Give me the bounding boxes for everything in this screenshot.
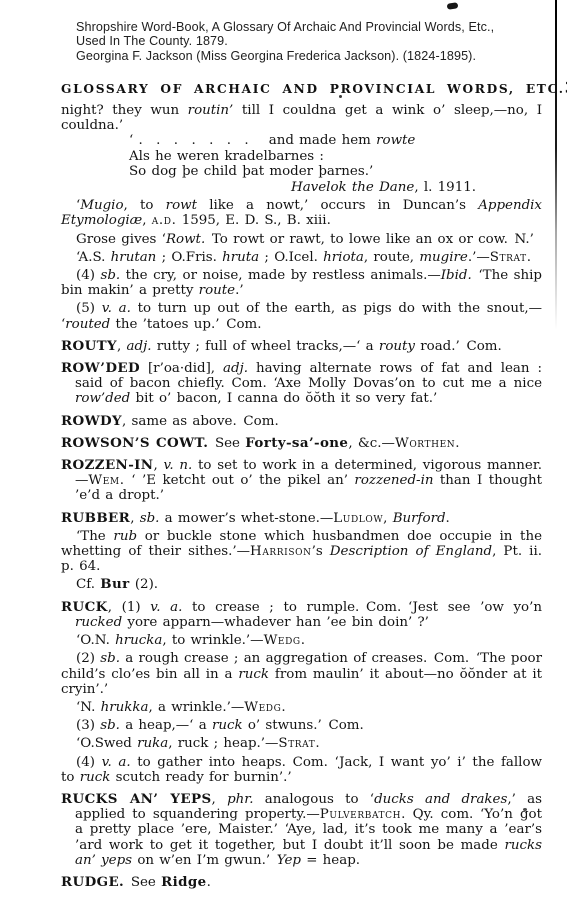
entry-rubber: RUBBER, sb. a mower’s whet-stone.—Ludlow…: [61, 511, 542, 526]
smallcaps-text: Wedg.: [244, 700, 286, 715]
scan-artifact-page-edge-line: [555, 0, 557, 330]
sub-paragraph: ‘Mugio, to rowt like a nowt,’ occurs in …: [61, 198, 542, 228]
plain-text: to crease ; to rumple. Com. ‘Jest see ’o…: [182, 600, 542, 615]
italic-text: rub: [113, 529, 137, 544]
italic-text: sb.: [100, 718, 120, 733]
italic-text: ducks and drakes: [374, 792, 507, 807]
plain-text: = heap.: [301, 853, 360, 868]
entry-rucks-an-yeps: RUCKS AN’ YEPS, phr. analogous to ‘ducks…: [61, 792, 542, 868]
verse-line: ‘ . . . . . . . and made hem rowte: [129, 133, 542, 148]
plain-text: ,: [383, 511, 393, 526]
page-body: night? they wun routin’ till I couldna g…: [61, 103, 542, 890]
plain-text: ‘ . . . . . . . and made hem: [129, 133, 376, 148]
plain-text: scutch ready for burnin’.’: [110, 770, 291, 785]
italic-text: adj.: [223, 361, 248, 376]
plain-text: , to wrinkle.’—: [162, 633, 263, 648]
plain-text: a mower’s whet-stone.—: [159, 511, 333, 526]
plain-text: , to: [124, 198, 166, 213]
entry-rudge: RUDGE. See Ridge.: [61, 875, 542, 890]
plain-text: ,: [142, 213, 152, 228]
smallcaps-text: Ludlow: [333, 511, 383, 526]
italic-text: rowt: [166, 198, 197, 213]
bold-text: Bur: [100, 576, 129, 592]
plain-text: , ruck ; heap.’—: [168, 736, 278, 751]
entry-ruck: RUCK, (1) v. a. to crease ; to rumple. C…: [61, 600, 542, 630]
sub-paragraph: (5) v. a. to turn up out of the earth, a…: [61, 301, 542, 331]
smallcaps-text: Wedg.: [264, 633, 306, 648]
sub-paragraph: ‘A.S. hrutan ; O.Fris. hruta ; O.Icel. h…: [61, 250, 542, 265]
plain-text: on w’en I’m gwun.’: [132, 853, 277, 868]
sub-paragraph: ‘O.Swed ruka, ruck ; heap.’—Strat.: [61, 736, 542, 751]
plain-text: (5): [76, 301, 102, 316]
italic-text: ruck: [80, 770, 111, 785]
plain-text: ‘N.: [76, 700, 101, 715]
italic-text: v. a.: [102, 301, 131, 316]
plain-text: analogous to ‘: [253, 792, 374, 807]
smallcaps-text: Harrison: [250, 544, 312, 559]
plain-text: ‘A.S.: [76, 250, 111, 265]
bold-text: Ridge: [161, 874, 206, 890]
plain-text: , same as above. Com.: [122, 414, 279, 429]
bold-text: ROWSON’S COWT.: [61, 435, 208, 451]
italic-text: hrucka: [115, 633, 162, 648]
italic-text: ruck: [238, 667, 269, 682]
verse-line: Als he weren kradelbarnes :: [129, 149, 542, 164]
plain-text: .’—: [468, 250, 490, 265]
italic-text: hrukka: [101, 700, 149, 715]
plain-text: (4): [76, 268, 100, 283]
entry-rowdy: ROWDY, same as above. Com.: [61, 414, 542, 429]
plain-text: road.’ Com.: [415, 339, 502, 354]
running-header: GLOSSARY OF ARCHAIC AND PROVINCIAL WORDS…: [61, 78, 508, 97]
smallcaps-text: Worthen.: [395, 436, 460, 451]
plain-text: (2).: [130, 577, 158, 592]
plain-text: , route,: [364, 250, 419, 265]
smallcaps-text: Strat.: [490, 250, 532, 265]
plain-text: .: [446, 511, 450, 526]
sub-paragraph: (4) sb. the cry, or noise, made by restl…: [61, 268, 542, 298]
italic-text: route: [199, 283, 235, 298]
italic-text: Rowt.: [166, 232, 205, 247]
italic-text: sb.: [100, 651, 120, 666]
plain-text: , l. 1911.: [414, 180, 476, 195]
italic-text: v. n.: [163, 458, 192, 473]
entry-rowsons-cowt: ROWSON’S COWT. See Forty-sa’-one, &c.—Wo…: [61, 436, 542, 451]
plain-text: See: [124, 875, 161, 890]
metadata-header: Shropshire Word-Book, A Glossary Of Arch…: [76, 20, 494, 63]
italic-text: routy: [379, 339, 415, 354]
italic-text: sb.: [140, 511, 160, 526]
italic-text: Mugio: [80, 198, 123, 213]
plain-text: bit o’ bacon, I canna do ŏŏth it so very…: [130, 391, 437, 406]
italic-text: Ibid.: [441, 268, 472, 283]
sub-paragraph: Cf. Bur (2).: [61, 577, 542, 592]
italic-text: hrutan: [111, 250, 157, 265]
bold-text: RUBBER: [61, 510, 130, 526]
metadata-line-author: Georgina F. Jackson (Miss Georgina Frede…: [76, 49, 494, 63]
bold-text: ROUTY: [61, 338, 117, 354]
plain-text: 1595, E. D. S., B. xiii.: [176, 213, 330, 228]
sub-paragraph: (3) sb. a heap,—‘ a ruck o’ stwuns.’ Com…: [61, 718, 542, 733]
plain-text: yore apparn—whadever han ’ee bin doin’ ?…: [122, 615, 429, 630]
smallcaps-text: Pulverbatch.: [320, 807, 406, 822]
plain-text: , &c.—: [348, 436, 395, 451]
plain-text: , a wrinkle.’—: [149, 700, 245, 715]
plain-text: ‘The: [76, 529, 113, 544]
bold-text: RUDGE.: [61, 874, 124, 890]
italic-text: ruck: [212, 718, 243, 733]
metadata-line-title: Shropshire Word-Book, A Glossary Of Arch…: [76, 20, 494, 34]
entry-routy: ROUTY, adj. rutty ; full of wheel tracks…: [61, 339, 542, 354]
italic-text: Yep: [277, 853, 301, 868]
continuation-paragraph: night? they wun routin’ till I couldna g…: [61, 103, 542, 133]
plain-text: ,: [153, 458, 163, 473]
plain-text: Grose gives ‘: [76, 232, 166, 247]
plain-text: the ’tatoes up.’ Com.: [110, 317, 261, 332]
bold-text: RUCKS AN’ YEPS: [61, 791, 212, 807]
sub-paragraph: (4) v. a. to gather into heaps. Com. ‘Ja…: [61, 755, 542, 785]
plain-text: To rowt or rawt, to lowe like an ox or c…: [205, 232, 534, 247]
plain-text: See: [208, 436, 245, 451]
italic-text: phr.: [227, 792, 253, 807]
plain-text: night? they wun: [61, 103, 188, 118]
plain-text: like a nowt,’ occurs in Duncan’s: [197, 198, 478, 213]
plain-text: ‘O.N.: [76, 633, 115, 648]
plain-text: ; O.Icel.: [259, 250, 323, 265]
plain-text: (4): [76, 755, 102, 770]
entry-rozzen-in: ROZZEN-IN, v. n. to set to work in a det…: [61, 458, 542, 504]
plain-text: .: [207, 875, 211, 890]
italic-text: routin’: [188, 103, 234, 118]
sub-paragraph: ‘N. hrukka, a wrinkle.’—Wedg.: [61, 700, 542, 715]
italic-text: Description of England: [330, 544, 492, 559]
italic-text: rowte: [376, 133, 415, 148]
bold-text: Forty-sa’-one: [245, 435, 348, 451]
metadata-line-subtitle: Used In The County. 1879.: [76, 34, 494, 48]
verse-line: So dog þe child þat moder þarnes.’: [129, 164, 542, 179]
plain-text: ‘ ’E ketcht out o’ the pikel an’: [125, 473, 355, 488]
sub-paragraph: Grose gives ‘Rowt. To rowt or rawt, to l…: [61, 232, 542, 247]
italic-text: Burford: [393, 511, 446, 526]
plain-text: ,: [212, 792, 228, 807]
plain-text: ,: [130, 511, 140, 526]
italic-text: v. a.: [150, 600, 182, 615]
italic-text: v. a.: [102, 755, 131, 770]
plain-text: ; O.Fris.: [156, 250, 222, 265]
scan-artifact-dot: [339, 95, 342, 98]
verse-attribution: Havelok the Dane, l. 1911.: [61, 180, 542, 195]
scan-artifact-dot: [523, 808, 527, 811]
sub-paragraph: ‘The rub or buckle stone which husbandme…: [61, 529, 542, 575]
entry-rowded: ROW’DED [r’oa·did], adj. having alternat…: [61, 361, 542, 407]
italic-text: Havelok the Dane: [291, 180, 414, 195]
italic-text: routed: [65, 317, 110, 332]
scan-artifact-ink-mark: [447, 2, 459, 9]
italic-text: mugire: [419, 250, 468, 265]
plain-text: So dog þe child þat moder þarnes.’: [129, 164, 373, 179]
italic-text: row’ded: [75, 391, 130, 406]
sub-paragraph: ‘O.N. hrucka, to wrinkle.’—Wedg.: [61, 633, 542, 648]
plain-text: Cf.: [76, 577, 100, 592]
book-page-scan: Shropshire Word-Book, A Glossary Of Arch…: [0, 0, 567, 915]
italic-text: rucked: [75, 615, 122, 630]
bold-text: ROW’DED: [61, 360, 140, 376]
running-header-title: GLOSSARY OF ARCHAIC AND PROVINCIAL WORDS…: [61, 82, 565, 96]
plain-text: Als he weren kradelbarnes :: [129, 149, 324, 164]
smallcaps-text: a.d.: [152, 213, 177, 228]
italic-text: sb.: [100, 268, 120, 283]
bold-text: ROZZEN-IN: [61, 457, 153, 473]
plain-text: (3): [76, 718, 100, 733]
plain-text: ’s: [312, 544, 330, 559]
smallcaps-text: Strat.: [278, 736, 320, 751]
italic-text: hriota: [323, 250, 364, 265]
plain-text: .’: [235, 283, 244, 298]
sub-paragraph: (2) sb. a rough crease ; an aggregation …: [61, 651, 542, 697]
plain-text: ‘O.Swed: [76, 736, 137, 751]
plain-text: , (1): [108, 600, 151, 615]
italic-text: hruta: [222, 250, 259, 265]
italic-text: ruka: [137, 736, 168, 751]
plain-text: [r’oa·did],: [140, 361, 223, 376]
italic-text: adj.: [127, 339, 152, 354]
plain-text: a heap,—‘ a: [120, 718, 212, 733]
smallcaps-text: Wem.: [88, 473, 124, 488]
plain-text: ,: [117, 339, 127, 354]
plain-text: rutty ; full of wheel tracks,—‘ a: [151, 339, 378, 354]
bold-text: ROWDY: [61, 413, 122, 429]
plain-text: (2): [76, 651, 100, 666]
italic-text: rozzened-in: [354, 473, 433, 488]
plain-text: o’ stwuns.’ Com.: [243, 718, 364, 733]
bold-text: RUCK: [61, 599, 108, 615]
plain-text: the cry, or noise, made by restless anim…: [120, 268, 441, 283]
